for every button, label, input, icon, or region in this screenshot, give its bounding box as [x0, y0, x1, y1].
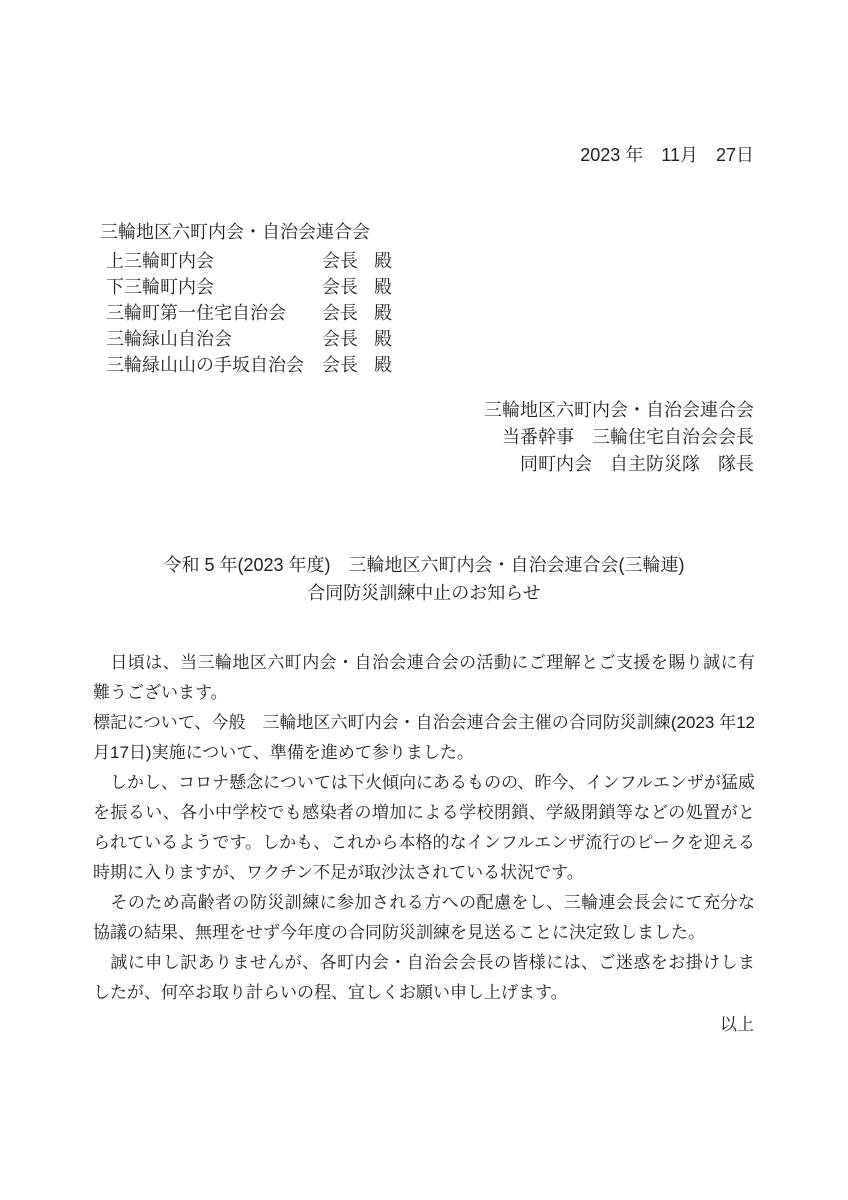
document-page: 2023 年 11月 27日 三輪地区六町内会・自治会連合会 上三輪町内会 会長…	[0, 0, 848, 1200]
recipient-row: 上三輪町内会 会長 殿	[100, 248, 392, 274]
recipient-title: 会長	[322, 274, 358, 300]
recipient-row: 下三輪町内会 会長 殿	[100, 274, 392, 300]
recipient-org: 三輪緑山自治会	[106, 326, 322, 352]
document-title-line2: 合同防災訓練中止のお知らせ	[93, 579, 755, 607]
sender-line: 当番幹事 三輪住宅自治会会長	[484, 424, 754, 451]
document-title-line1: 令和 5 年(2023 年度) 三輪地区六町内会・自治会連合会(三輪連)	[93, 551, 755, 579]
sender-block: 三輪地区六町内会・自治会連合会 当番幹事 三輪住宅自治会会長 同町内会 自主防災…	[484, 397, 754, 478]
sender-line: 三輪地区六町内会・自治会連合会	[484, 397, 754, 424]
body-paragraph: そのため高齢者の防災訓練に参加される方への配慮をし、三輪連会長会にて充分な協議の…	[93, 888, 755, 948]
recipient-row: 三輪緑山山の手坂自治会 会長 殿	[100, 352, 392, 378]
sender-line: 同町内会 自主防災隊 隊長	[484, 451, 754, 478]
recipient-title: 会長	[322, 248, 358, 274]
document-title: 令和 5 年(2023 年度) 三輪地区六町内会・自治会連合会(三輪連) 合同防…	[93, 551, 755, 607]
recipient-title: 会長	[322, 352, 358, 378]
body-paragraph: 標記について、今般 三輪地区六町内会・自治会連合会主催の合同防災訓練(2023 …	[93, 708, 755, 768]
closing-word: 以上	[720, 1010, 754, 1040]
recipient-group-name: 三輪地区六町内会・自治会連合会	[100, 219, 392, 245]
recipient-org: 下三輪町内会	[106, 274, 322, 300]
recipient-org: 三輪町第一住宅自治会	[106, 300, 322, 326]
document-body: 日頃は、当三輪地区六町内会・自治会連合会の活動にご理解とご支援を賜り誠に有難うご…	[93, 648, 755, 1008]
recipient-honorific: 殿	[374, 300, 392, 326]
recipient-org: 上三輪町内会	[106, 248, 322, 274]
body-paragraph: しかし、コロナ懸念については下火傾向にあるものの、昨今、インフルエンザが猛威を振…	[93, 768, 755, 888]
recipient-honorific: 殿	[374, 274, 392, 300]
recipient-honorific: 殿	[374, 352, 392, 378]
recipient-honorific: 殿	[374, 326, 392, 352]
body-paragraph: 日頃は、当三輪地区六町内会・自治会連合会の活動にご理解とご支援を賜り誠に有難うご…	[93, 648, 755, 708]
recipient-org: 三輪緑山山の手坂自治会	[106, 352, 322, 378]
body-paragraph: 誠に申し訳ありませんが、各町内会・自治会会長の皆様には、ご迷惑をお掛けしましたが…	[93, 948, 755, 1008]
recipient-title: 会長	[322, 300, 358, 326]
recipient-row: 三輪町第一住宅自治会 会長 殿	[100, 300, 392, 326]
document-date: 2023 年 11月 27日	[580, 143, 754, 167]
recipient-list: 三輪地区六町内会・自治会連合会 上三輪町内会 会長 殿 下三輪町内会 会長 殿 …	[100, 219, 392, 378]
recipient-honorific: 殿	[374, 248, 392, 274]
recipient-title: 会長	[322, 326, 358, 352]
recipient-row: 三輪緑山自治会 会長 殿	[100, 326, 392, 352]
